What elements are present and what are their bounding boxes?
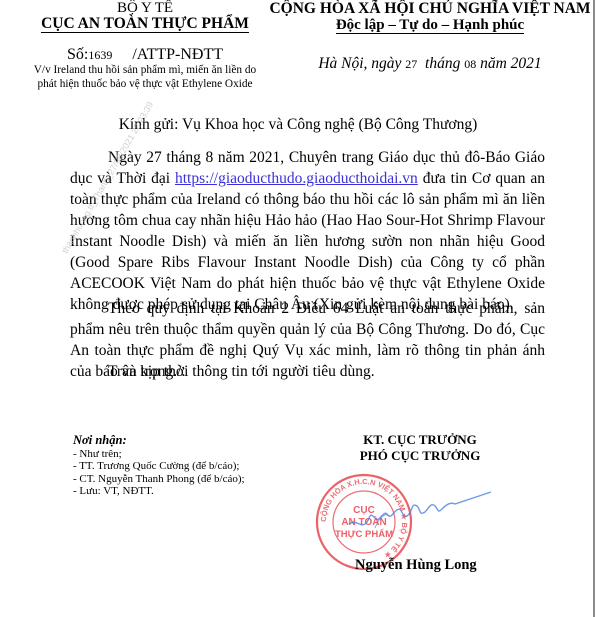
signer-role-2: PHÓ CỤC TRƯỞNG	[340, 448, 500, 464]
body-paragraph-1: Ngày 27 tháng 8 năm 2021, Chuyên trang G…	[70, 147, 545, 315]
document-page: BỘ Y TẾ CỤC AN TOÀN THỰC PHẨM CỘNG HÒA X…	[0, 0, 595, 617]
place-date: Hà Nội, ngày 27 tháng 08 năm 2021	[262, 55, 596, 73]
recipients-title: Nơi nhận:	[73, 434, 245, 447]
recipient-item: - Lưu: VT, NĐTT.	[73, 485, 245, 498]
news-link[interactable]: https://giaoducthudo.giaoducthoidai.vn	[175, 170, 418, 187]
signer-role-1: KT. CỤC TRƯỞNG	[340, 432, 500, 448]
agency-name: CỤC AN TOÀN THỰC PHẨM	[0, 15, 290, 33]
closing-phrase: Trân trọng./.	[70, 361, 545, 382]
document-subject: V/v Ireland thu hồi sản phẩm mì, miến ăn…	[0, 63, 290, 91]
national-motto: Độc lập – Tự do – Hạnh phúc	[262, 16, 596, 34]
document-number: Số:1639 /ATTP-NĐTT	[0, 46, 290, 64]
recipient-item: - Như trên;	[73, 448, 245, 461]
greeting-line: Kính gửi: Vụ Khoa học và Công nghệ (Bộ C…	[0, 116, 596, 134]
country-name: CỘNG HÒA XÃ HỘI CHỦ NGHĨA VIỆT NAM	[262, 0, 596, 17]
handwritten-signature-icon	[345, 488, 495, 533]
signer-name: Nguyễn Hùng Long	[355, 557, 477, 574]
recipient-item: - CT. Nguyễn Thanh Phong (để b/cáo);	[73, 473, 245, 486]
recipient-item: - TT. Trương Quốc Cường (để b/cáo);	[73, 460, 245, 473]
recipients-block: Nơi nhận: - Như trên; - TT. Trương Quốc …	[73, 434, 245, 498]
